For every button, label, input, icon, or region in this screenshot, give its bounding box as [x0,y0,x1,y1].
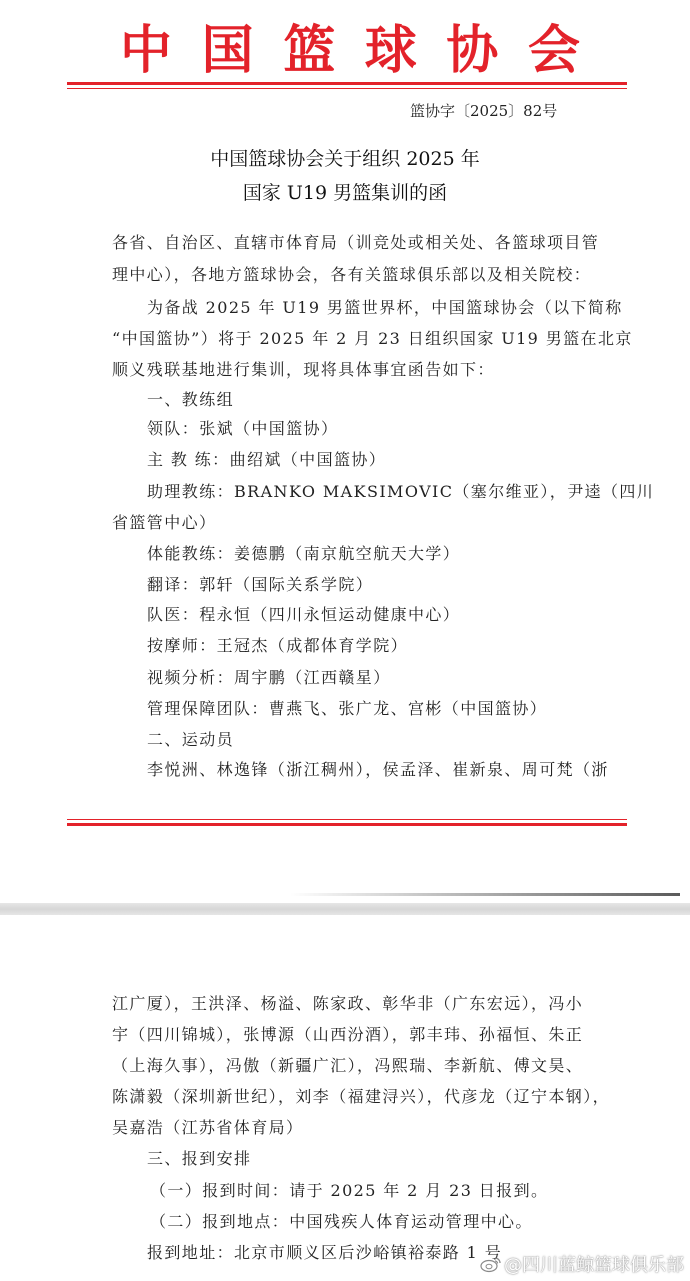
header-red-rule-thin [67,88,627,89]
staff-item: 管理保障团队：曹燕飞、张广龙、宫彬（中国篮协） [147,696,547,719]
document-title-line2: 国家 U19 男篮集训的函 [0,178,690,205]
masthead-char: 国 [202,8,254,83]
addressee-line: 理中心），各地方篮球协会，各有关篮球俱乐部以及相关院校： [112,262,591,285]
report-address: 报到地址：北京市顺义区后沙峪镇裕泰路 1 号 [147,1240,502,1263]
intro-paragraph-line: 顺义残联基地进行集训，现将具体事宜函告如下： [112,357,495,380]
staff-item: 按摩师：王冠杰（成都体育学院） [147,633,408,656]
watermark-text: @四川蓝鲸篮球俱乐部 [504,1251,684,1277]
masthead-char: 篮 [283,8,335,83]
section-heading-players: 二、运动员 [147,727,234,750]
staff-item: 视频分析：周宇鹏（江西赣星） [147,665,391,688]
document-page-1: 中 国 篮 球 协 会 篮协字〔2025〕82号 中国篮球协会关于组织 2025… [0,0,690,903]
staff-item-continued: 省篮管中心） [112,510,216,533]
players-line: （上海久事），冯傲（新疆广汇），冯熙瑞、李新航、傅文昊、 [112,1053,583,1076]
staff-item: 主 教 练：曲绍斌（中国篮协） [147,447,386,470]
report-time: （一）报到时间：请于 2025 年 2 月 23 日报到。 [150,1178,548,1201]
staff-item: 翻译：郭轩（国际关系学院） [147,572,373,595]
header-red-rule-thick [67,82,627,85]
players-line: 吴嘉浩（江苏省体育局） [112,1115,303,1138]
intro-paragraph-line: “中国篮协”）将于 2025 年 2 月 23 日组织国家 U19 男篮在北京 [112,326,633,349]
document-page-2: 江广厦），王洪泽、杨溢、陈家政、彰华非（广东宏远），冯小 宇（四川锦城），张博源… [0,915,690,1281]
report-place: （二）报到地点：中国残疾人体育运动管理中心。 [150,1209,533,1232]
weibo-watermark: @四川蓝鲸篮球俱乐部 [480,1251,684,1277]
page-edge-shadow [290,893,680,896]
players-line: 李悦洲、林逸锋（浙江稠州），侯孟泽、崔新泉、周可梵（浙 [147,757,609,780]
document-title-line1: 中国篮球协会关于组织 2025 年 [0,144,690,171]
players-line: 宇（四川锦城），张博源（山西汾酒），郭丰玮、孙福恒、朱正 [112,1022,583,1045]
staff-item: 体能教练：姜德鹏（南京航空航天大学） [147,541,460,564]
footer-red-rule-thick [67,823,627,826]
document-number: 篮协字〔2025〕82号 [410,100,557,121]
section-heading-reporting: 三、报到安排 [147,1146,251,1169]
players-line: 江广厦），王洪泽、杨溢、陈家政、彰华非（广东宏远），冯小 [112,991,583,1014]
masthead-char: 球 [365,8,417,83]
masthead-char: 中 [120,8,172,83]
section-heading-coaches: 一、教练组 [147,387,234,410]
staff-item: 助理教练：BRANKO MAKSIMOVIC（塞尔维亚），尹逵（四川 [147,479,654,502]
footer-red-rule-thin [67,819,627,820]
addressee-line: 各省、自治区、直辖市体育局（训竞处或相关处、各篮球项目管 [112,230,599,253]
masthead-org-name: 中 国 篮 球 协 会 [120,14,580,76]
intro-paragraph-line: 为备战 2025 年 U19 男篮世界杯，中国篮球协会（以下简称 [147,295,623,318]
players-line: 陈潇毅（深圳新世纪），刘李（福建浔兴），代彦龙（辽宁本钢）， [112,1084,610,1107]
staff-item: 队医：程永恒（四川永恒运动健康中心） [147,602,460,625]
masthead-char: 会 [528,8,580,83]
masthead-char: 协 [446,8,498,83]
weibo-logo-icon [480,1255,502,1273]
page-separator [0,903,690,915]
staff-item: 领队：张斌（中国篮协） [147,416,338,439]
